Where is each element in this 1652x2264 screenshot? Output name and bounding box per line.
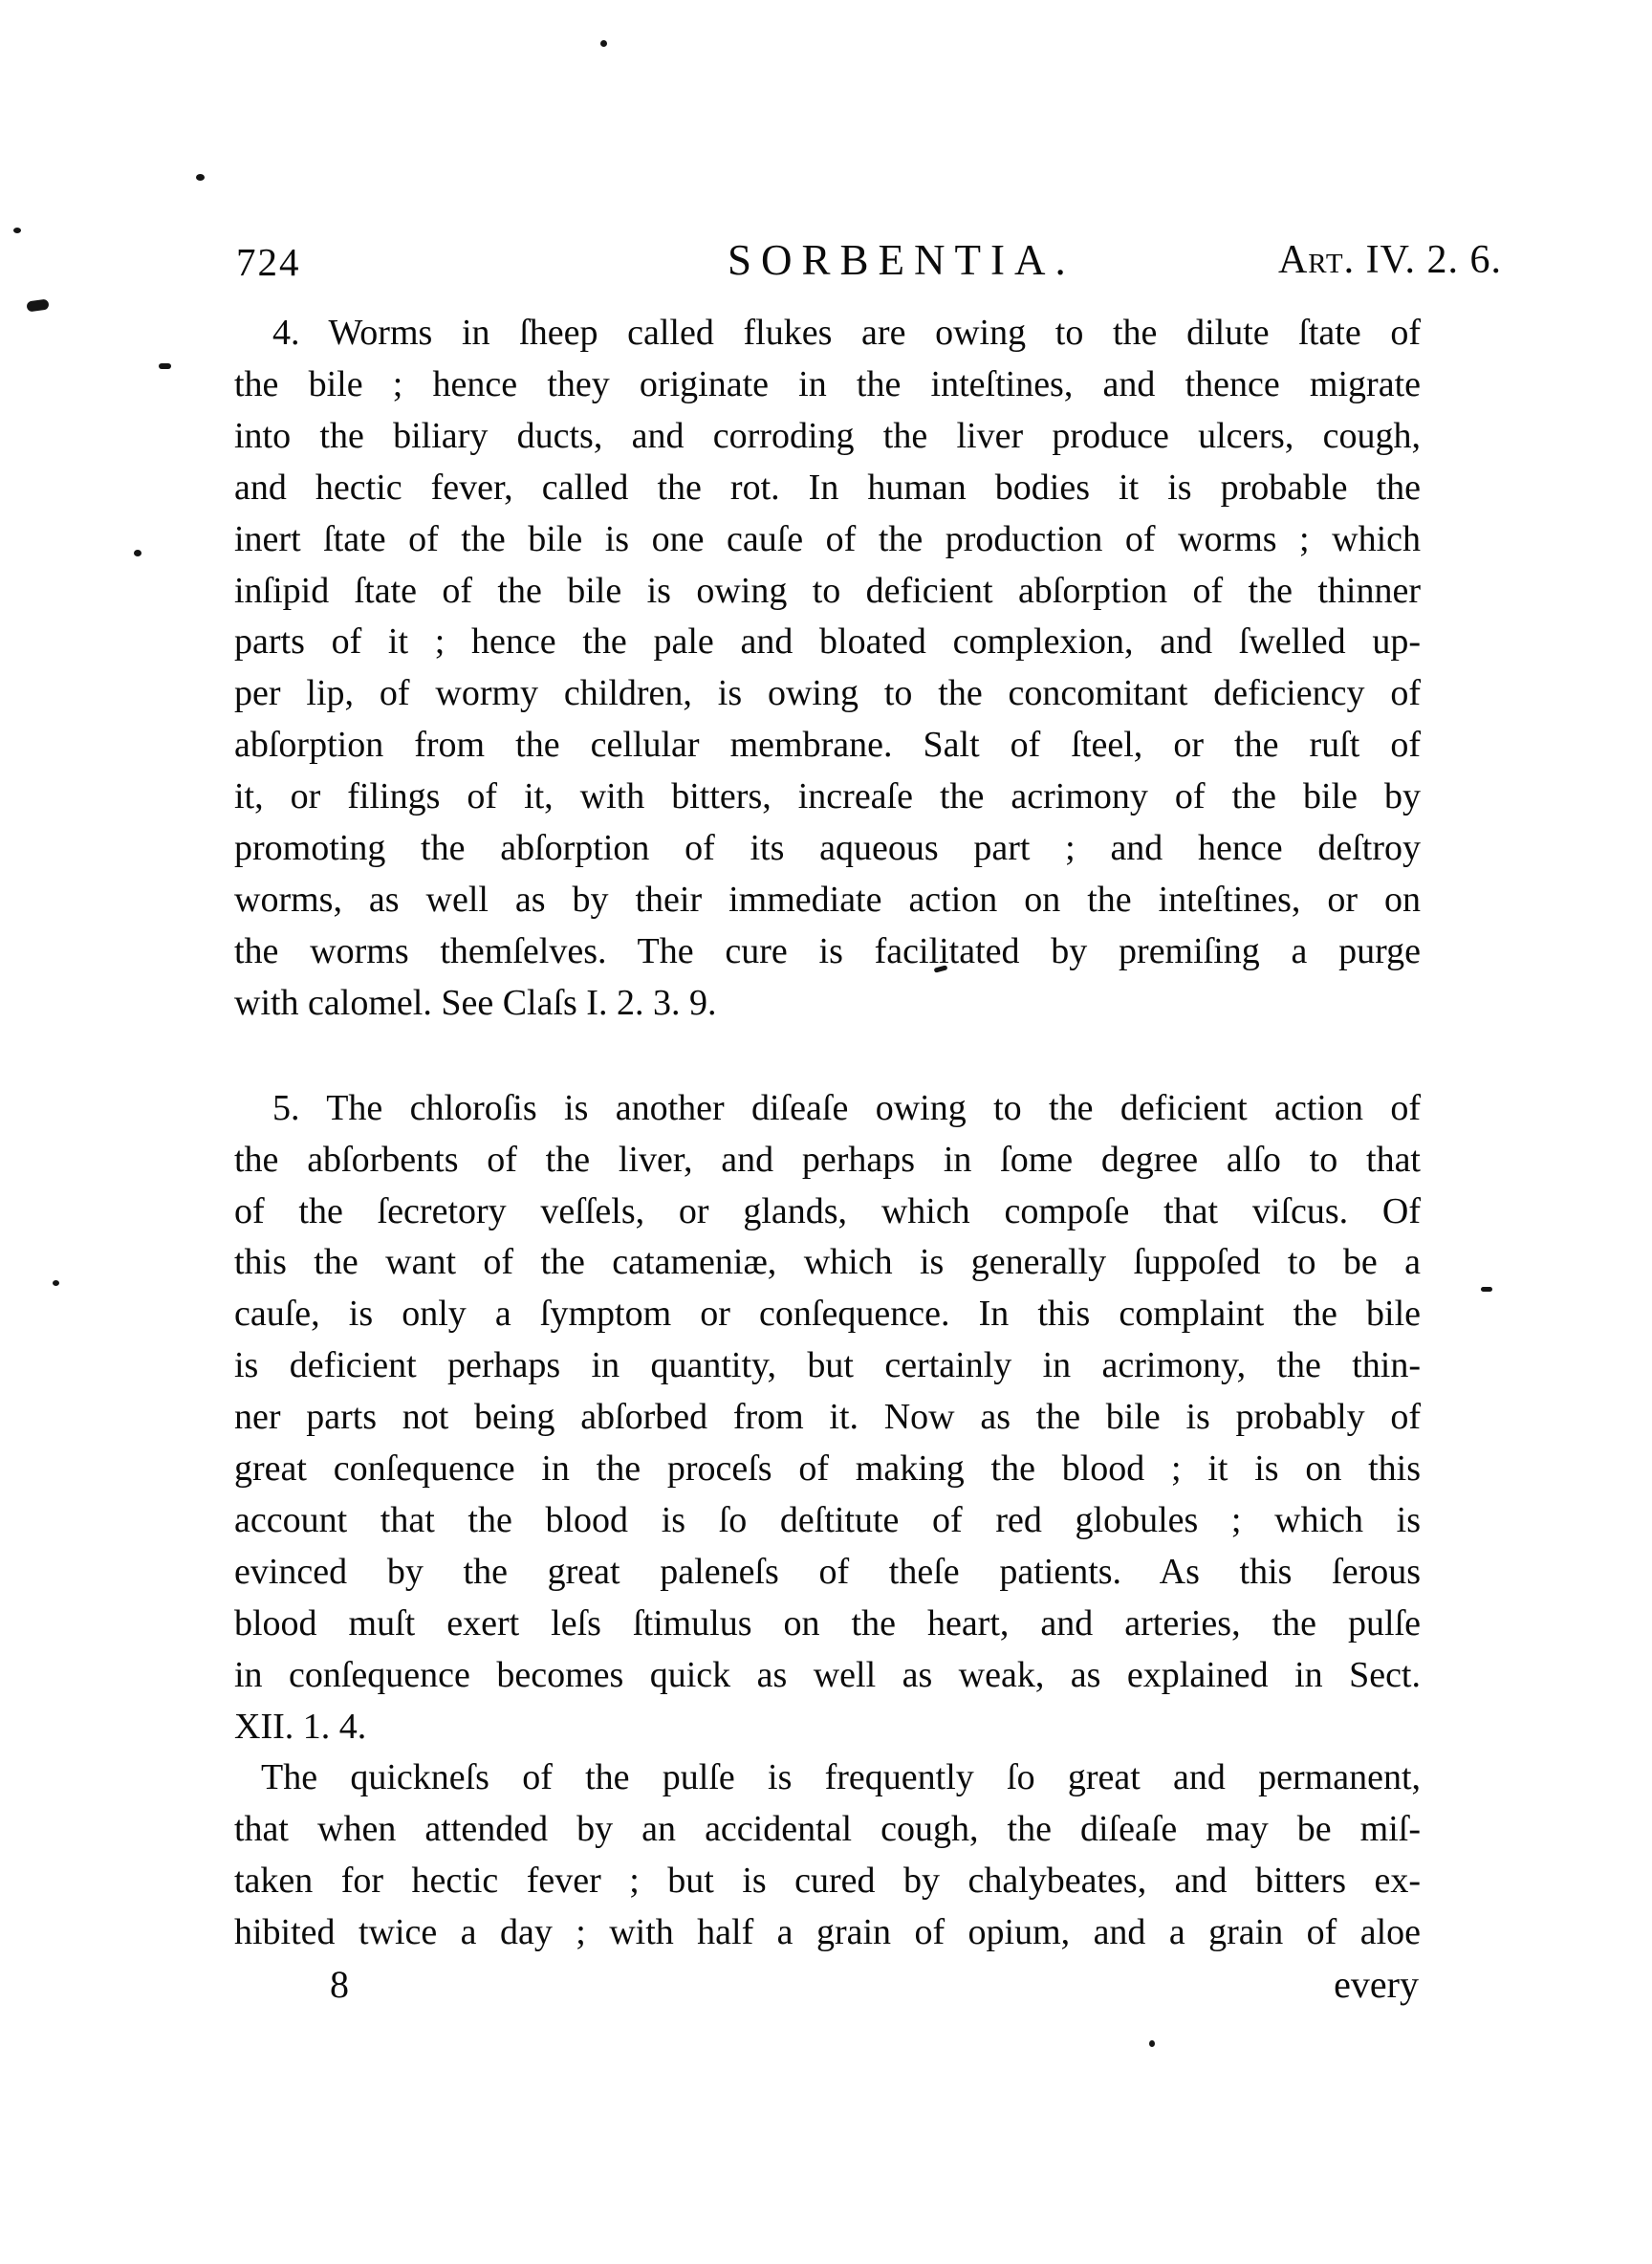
article-reference: Art. IV. 2. 6. (1278, 237, 1502, 283)
paragraph-5: 5. The chloroſis is another diſeaſe owin… (234, 1083, 1421, 1753)
running-title: SORBENTIA. (728, 235, 1076, 285)
ink-speck (26, 298, 49, 312)
text-line: ner parts not being abſorbed from it. No… (234, 1392, 1421, 1444)
catchword: every (1334, 1959, 1419, 2011)
text-line: the worms themſelves. The cure is facili… (234, 926, 1421, 978)
text-line: that when attended by an accidental coug… (234, 1804, 1421, 1856)
ink-speck (1149, 2040, 1155, 2047)
text-line: per lip, of wormy children, is owing to … (234, 668, 1421, 720)
text-line: evinced by the great paleneſs of theſe p… (234, 1547, 1421, 1599)
text-line: 5. The chloroſis is another diſeaſe owin… (234, 1083, 1421, 1135)
text-line: worms, as well as by their immediate act… (234, 875, 1421, 926)
running-header: 724 SORBENTIA. Art. IV. 2. 6. (234, 235, 1502, 289)
text-line: parts of it ; hence the pale and bloated… (234, 617, 1421, 668)
text-line: is deficient perhaps in quantity, but ce… (234, 1340, 1421, 1392)
ink-speck (159, 363, 171, 369)
text-column: 4. Worms in ſheep called flukes are owin… (234, 308, 1421, 2011)
text-line: inſipid ſtate of the bile is owing to de… (234, 566, 1421, 618)
ink-speck (600, 40, 607, 47)
text-line: XII. 1. 4. (234, 1702, 1421, 1753)
text-line: this the want of the catameniæ, which is… (234, 1237, 1421, 1289)
text-line: taken for hectic fever ; but is cured by… (234, 1856, 1421, 1907)
text-line: 4. Worms in ſheep called flukes are owin… (234, 308, 1421, 359)
ink-speck (53, 1280, 59, 1286)
text-line: in conſequence becomes quick as well as … (234, 1650, 1421, 1702)
ink-speck (13, 228, 21, 233)
book-page: 724 SORBENTIA. Art. IV. 2. 6. 4. Worms i… (0, 0, 1652, 2264)
text-line: with calomel. See Claſs I. 2. 3. 9. (234, 978, 1421, 1030)
page-number: 724 (236, 239, 301, 285)
text-line: into the biliary ducts, and corroding th… (234, 411, 1421, 463)
text-line: inert ſtate of the bile is one cauſe of … (234, 514, 1421, 566)
text-line: account that the blood is ſo deſtitute o… (234, 1495, 1421, 1547)
text-line: great conſequence in the proceſs of maki… (234, 1444, 1421, 1495)
text-line: it, or filings of it, with bitters, incr… (234, 772, 1421, 823)
text-line: hibited twice a day ; with half a grain … (234, 1907, 1421, 1959)
text-line: and hectic fever, called the rot. In hum… (234, 463, 1421, 514)
text-line: cauſe, is only a ſymptom or conſequence.… (234, 1289, 1421, 1340)
ink-speck (134, 550, 141, 556)
signature-mark: 8 (330, 1959, 349, 2011)
text-line: of the ſecretory veſſels, or glands, whi… (234, 1186, 1421, 1238)
text-line: the bile ; hence they originate in the i… (234, 359, 1421, 411)
ink-speck (196, 174, 205, 181)
text-line: promoting the abſorption of its aqueous … (234, 823, 1421, 875)
text-line: The quickneſs of the pulſe is frequently… (234, 1752, 1421, 1804)
text-line: blood muſt exert leſs ſtimulus on the he… (234, 1599, 1421, 1650)
signature-catchword-row: 8 every (234, 1959, 1421, 2011)
text-line: abſorption from the cellular membrane. S… (234, 720, 1421, 772)
paragraph-4: 4. Worms in ſheep called flukes are owin… (234, 308, 1421, 1030)
text-line: the abſorbents of the liver, and perhaps… (234, 1135, 1421, 1186)
ink-speck (1481, 1287, 1492, 1292)
paragraph-6: The quickneſs of the pulſe is frequently… (234, 1752, 1421, 1959)
